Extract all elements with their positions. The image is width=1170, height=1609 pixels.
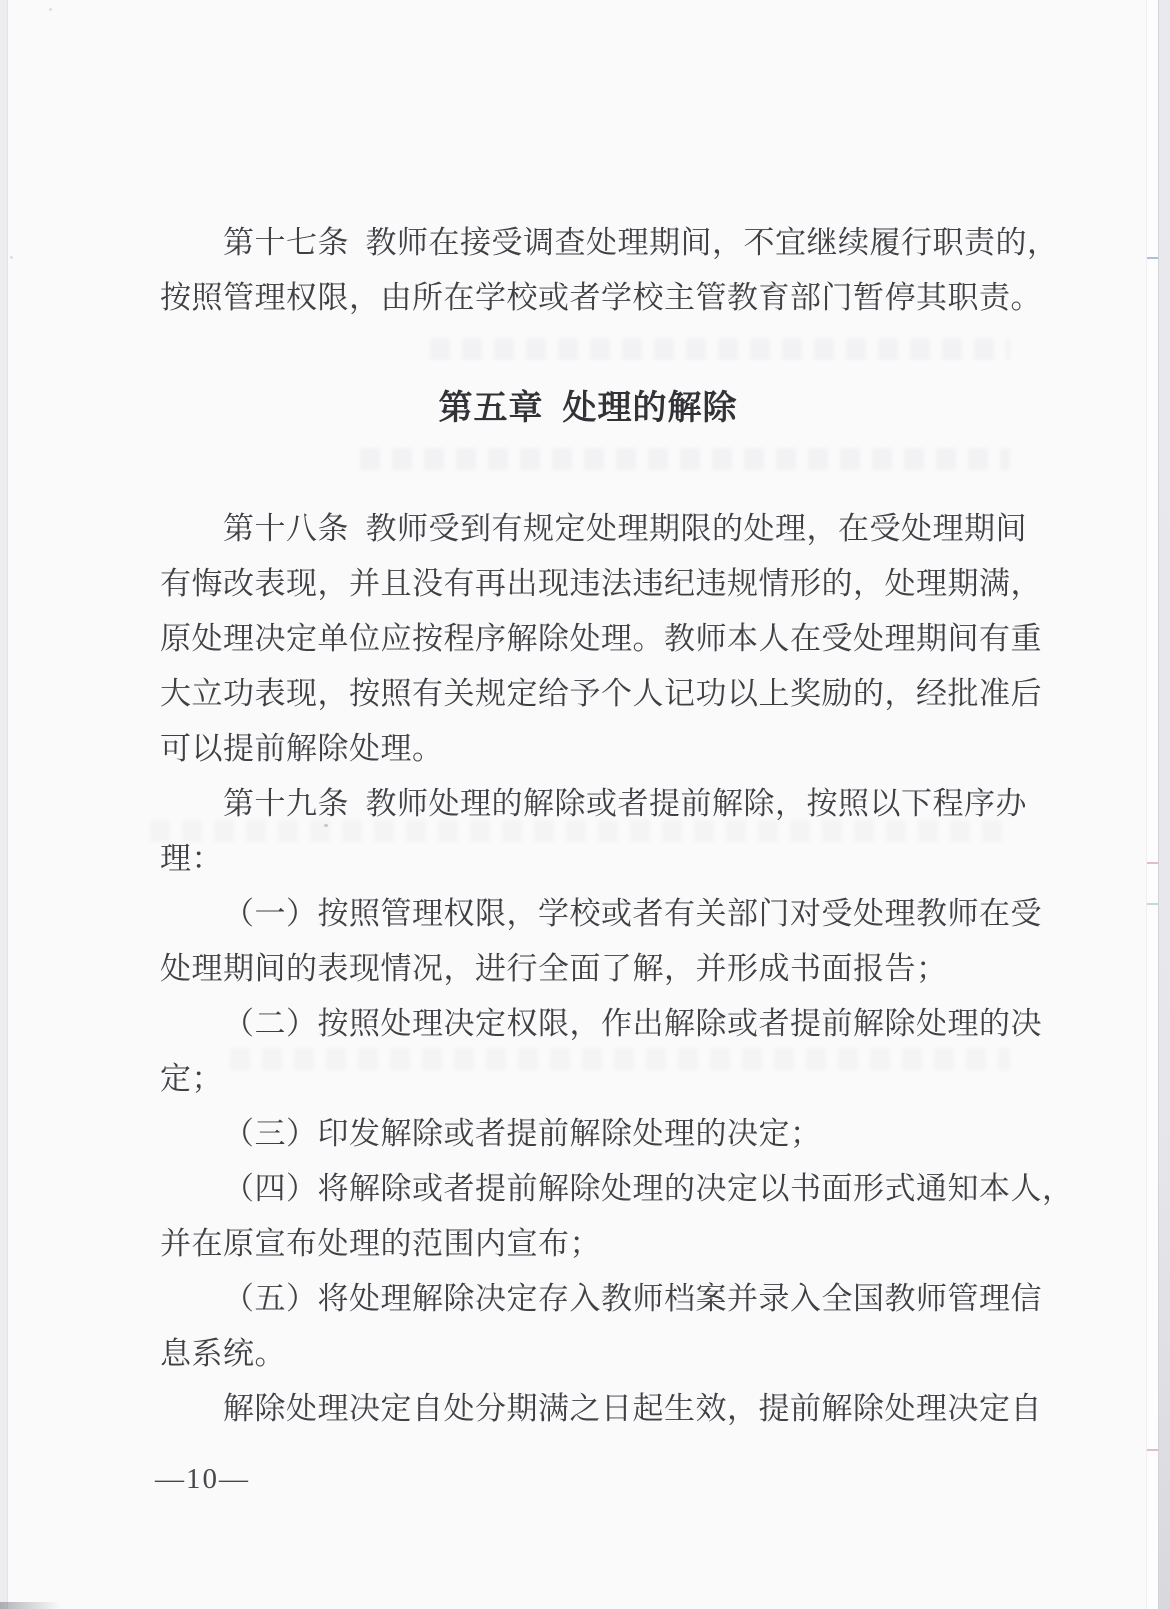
text-line: 第十九条 教师处理的解除或者提前解除，按照以下程序办	[160, 776, 1016, 831]
article-19-item-3: （三）印发解除或者提前解除处理的决定；	[160, 1106, 1016, 1161]
text-line: 处理期间的表现情况，进行全面了解，并形成书面报告；	[160, 941, 1016, 996]
scanned-document-page: 第十七条 教师在接受调查处理期间，不宜继续履行职责的， 按照管理权限，由所在学校…	[0, 0, 1170, 1609]
article-19-item-2: （二）按照处理决定权限，作出解除或者提前解除处理的决 定；	[160, 996, 1016, 1106]
text-line: （三）印发解除或者提前解除处理的决定；	[160, 1106, 1016, 1161]
article-19-item-5: （五）将处理解除决定存入教师档案并录入全国教师管理信 息系统。	[160, 1271, 1016, 1381]
scan-artifact-tick	[1147, 903, 1158, 905]
document-body: 第十七条 教师在接受调查处理期间，不宜继续履行职责的， 按照管理权限，由所在学校…	[160, 215, 1016, 1436]
scan-page-edge-strip	[1146, 0, 1159, 1609]
text-line: 理：	[160, 831, 1016, 886]
text-line: 定；	[160, 1051, 1016, 1106]
article-17-paragraph: 第十七条 教师在接受调查处理期间，不宜继续履行职责的， 按照管理权限，由所在学校…	[160, 215, 1016, 325]
scan-edge-left	[0, 0, 8, 1609]
scan-artifact-tick	[1147, 862, 1158, 864]
page-number: —10—	[155, 1462, 250, 1496]
text-line: （一）按照管理权限，学校或者有关部门对受处理教师在受	[160, 886, 1016, 941]
closing-paragraph: 解除处理决定自处分期满之日起生效，提前解除处理决定自	[160, 1381, 1016, 1436]
text-line: 有悔改表现，并且没有再出现违法违纪违规情形的，处理期满，	[160, 556, 1016, 611]
text-line: （四）将解除或者提前解除处理的决定以书面形式通知本人，	[160, 1161, 1016, 1216]
text-line: 原处理决定单位应按程序解除处理。教师本人在受处理期间有重	[160, 611, 1016, 666]
scan-artifact-tick	[1147, 257, 1158, 259]
chapter-heading: 第五章 处理的解除	[160, 387, 1016, 431]
scan-speck	[10, 256, 13, 259]
text-line: 解除处理决定自处分期满之日起生效，提前解除处理决定自	[160, 1381, 1016, 1436]
scan-edge-bottom	[0, 1602, 60, 1609]
text-line: 大立功表现，按照有关规定给予个人记功以上奖励的，经批准后	[160, 666, 1016, 721]
scan-speck	[49, 8, 52, 11]
article-19-item-1: （一）按照管理权限，学校或者有关部门对受处理教师在受 处理期间的表现情况，进行全…	[160, 886, 1016, 996]
article-19-item-4: （四）将解除或者提前解除处理的决定以书面形式通知本人， 并在原宣布处理的范围内宣…	[160, 1161, 1016, 1271]
text-line: 并在原宣布处理的范围内宣布；	[160, 1216, 1016, 1271]
text-line: （二）按照处理决定权限，作出解除或者提前解除处理的决	[160, 996, 1016, 1051]
text-line: （五）将处理解除决定存入教师档案并录入全国教师管理信	[160, 1271, 1016, 1326]
scan-margin-right	[1159, 0, 1170, 1609]
article-19-intro: 第十九条 教师处理的解除或者提前解除，按照以下程序办 理：	[160, 776, 1016, 886]
text-line: 第十七条 教师在接受调查处理期间，不宜继续履行职责的，	[160, 215, 1016, 270]
article-18-paragraph: 第十八条 教师受到有规定处理期限的处理，在受处理期间 有悔改表现，并且没有再出现…	[160, 501, 1016, 776]
text-line: 第十八条 教师受到有规定处理期限的处理，在受处理期间	[160, 501, 1016, 556]
text-line: 可以提前解除处理。	[160, 721, 1016, 776]
text-line: 按照管理权限，由所在学校或者学校主管教育部门暂停其职责。	[160, 270, 1016, 325]
scan-artifact-tick	[1147, 1449, 1158, 1451]
text-line: 息系统。	[160, 1326, 1016, 1381]
